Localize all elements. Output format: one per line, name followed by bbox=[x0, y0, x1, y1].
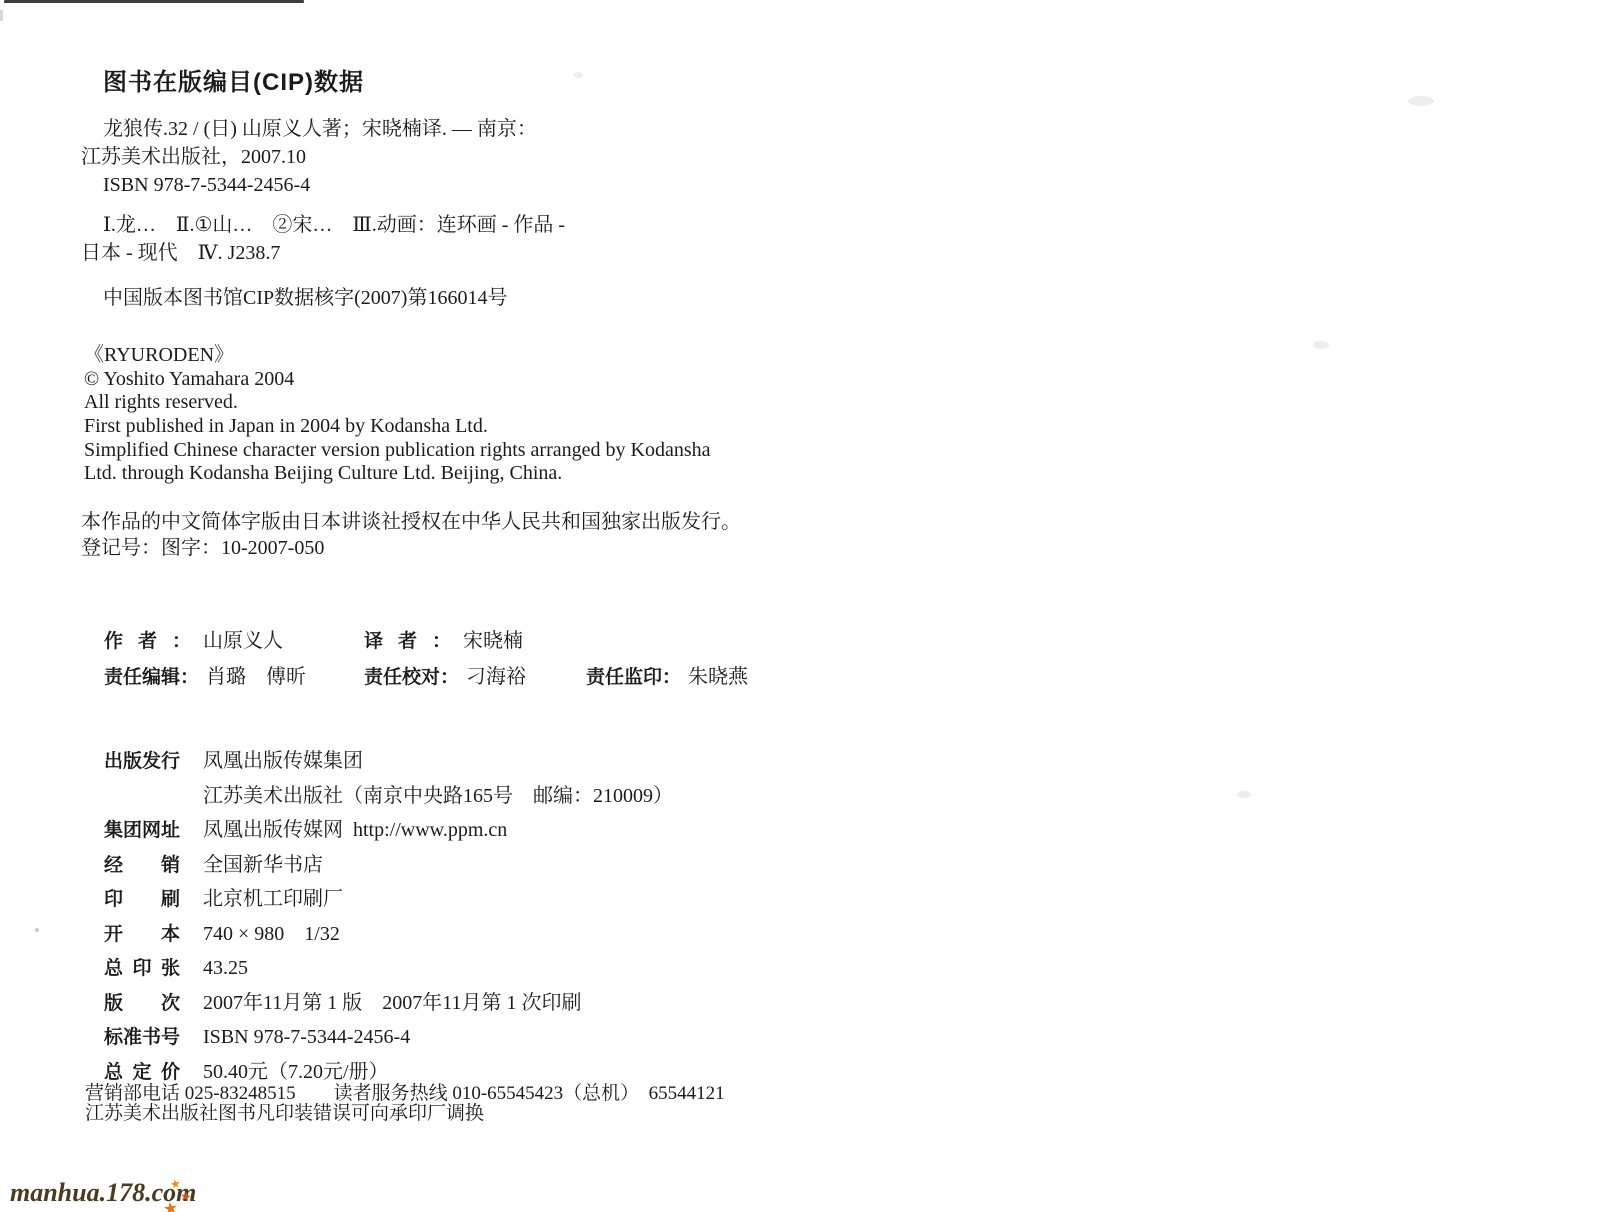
cip-entry-line: ISBN 978-7-5344-2456-4 bbox=[103, 174, 310, 197]
copyright-line: 《RYURODEN》 bbox=[84, 344, 234, 367]
editor-label: 责任编辑： bbox=[104, 667, 199, 688]
publication-value: 50.40元（7.20元/册） bbox=[203, 1061, 389, 1083]
proofreader-label: 责任校对： bbox=[364, 667, 459, 688]
license-statement: 本作品的中文简体字版由日本讲谈社授权在中华人民共和国独家出版发行。 bbox=[81, 511, 741, 534]
hotline-line: 营销部电话 025-83248515 读者服务热线 010-65545423（总… bbox=[85, 1083, 725, 1105]
scan-artifact-dot bbox=[35, 928, 39, 932]
scan-artifact-speck bbox=[1408, 96, 1434, 106]
proofreader-entry: 责任校对：刁海裕 bbox=[348, 648, 526, 708]
cip-class-line: Ⅰ.龙… Ⅱ.①山… ②宋… Ⅲ.动画：连环画 - 作品 - bbox=[103, 214, 565, 237]
misprint-notice: 江苏美术出版社图书凡印装错误可向承印厂调换 bbox=[85, 1103, 484, 1125]
cip-record-number: 中国版本图书馆CIP数据核字(2007)第166014号 bbox=[103, 287, 507, 310]
star-icon: ★ bbox=[162, 1199, 179, 1212]
editor-names: 肖璐 傅昕 bbox=[206, 666, 306, 688]
publication-label: 总定价 bbox=[104, 1062, 180, 1084]
copyright-line: © Yoshito Yamahara 2004 bbox=[84, 368, 294, 391]
copyright-line: Ltd. through Kodansha Beijing Culture Lt… bbox=[84, 462, 562, 485]
print-supervisor-entry: 责任监印：朱晓燕 bbox=[570, 648, 748, 708]
colophon-page: 图书在版编目(CIP)数据 龙狼传.32 / (日) 山原义人著；宋晓楠译. —… bbox=[0, 0, 1600, 1212]
copyright-line: First published in Japan in 2004 by Koda… bbox=[84, 415, 488, 438]
cip-class-line: 日本 - 现代 Ⅳ. J238.7 bbox=[81, 242, 280, 265]
editor-entry: 责任编辑：肖璐 傅昕 bbox=[88, 648, 306, 708]
proofreader-name: 刁海裕 bbox=[466, 666, 526, 688]
scan-artifact-speck bbox=[1237, 791, 1251, 798]
star-icon: ★ bbox=[179, 1189, 193, 1204]
star-icon: ★ bbox=[169, 1177, 182, 1191]
scan-artifact-edge-tick bbox=[0, 10, 3, 21]
registration-number: 登记号：图字：10-2007-050 bbox=[81, 537, 324, 560]
cip-entry-line: 江苏美术出版社，2007.10 bbox=[81, 146, 306, 169]
scan-artifact-speck bbox=[1313, 341, 1329, 349]
scan-artifact-speck bbox=[573, 72, 583, 78]
cip-entry-line: 龙狼传.32 / (日) 山原义人著；宋晓楠译. — 南京： bbox=[103, 118, 537, 141]
scan-artifact-top-bar bbox=[4, 0, 304, 3]
copyright-line: All rights reserved. bbox=[84, 391, 238, 414]
print-supervisor-name: 朱晓燕 bbox=[688, 666, 748, 688]
cip-heading: 图书在版编目(CIP)数据 bbox=[103, 69, 364, 97]
copyright-line: Simplified Chinese character version pub… bbox=[84, 439, 710, 462]
print-supervisor-label: 责任监印： bbox=[586, 667, 681, 688]
